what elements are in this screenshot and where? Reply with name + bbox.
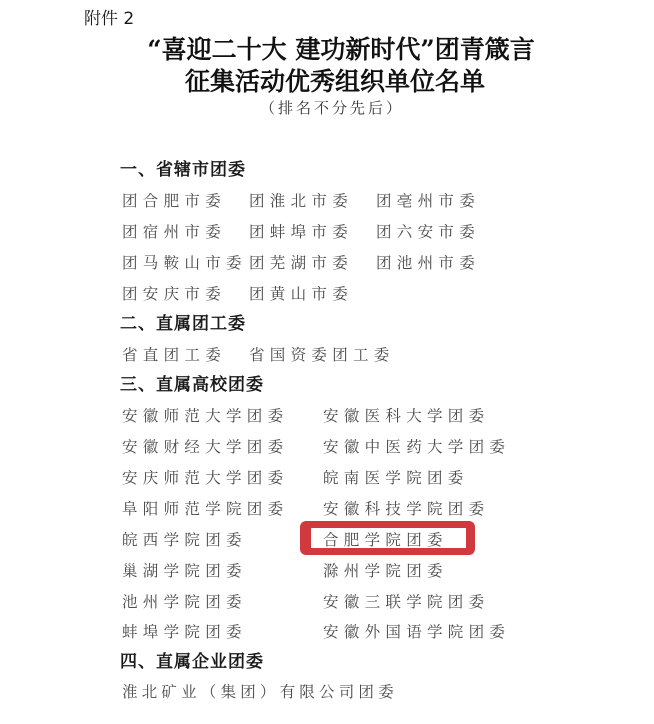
- section-heading-enterprises: 四、直属企业团委: [120, 651, 264, 673]
- document-title-line-2: 征集活动优秀组织单位名单: [8, 66, 654, 98]
- list-item: 池州学院团委: [122, 591, 247, 613]
- list-item: 巢湖学院团委: [122, 560, 247, 582]
- list-item: 团合肥市委: [122, 190, 226, 212]
- list-item: 团黄山市委: [249, 283, 353, 305]
- section-heading-direct-work-committees: 二、直属团工委: [120, 313, 246, 335]
- list-item: 淮北矿业（集团）有限公司团委: [122, 681, 398, 703]
- list-item: 安徽外国语学院团委: [323, 621, 510, 643]
- list-item: 安徽科技学院团委: [323, 498, 489, 520]
- list-item: 团芜湖市委: [249, 252, 353, 274]
- list-item: 团淮北市委: [249, 190, 353, 212]
- list-item: 团池州市委: [376, 252, 480, 274]
- list-item: 蚌埠学院团委: [122, 621, 247, 643]
- list-item: 团马鞍山市委: [122, 252, 247, 274]
- list-item: 团蚌埠市委: [249, 221, 353, 243]
- document-title-line-1: “喜迎二十大 建功新时代”团青箴言: [14, 34, 654, 66]
- list-item: 阜阳师范学院团委: [122, 498, 288, 520]
- list-item: 安徽师范大学团委: [122, 405, 288, 427]
- list-item: 安徽中医药大学团委: [323, 436, 510, 458]
- list-item: 省国资委团工委: [249, 344, 395, 366]
- attachment-label: 附件 2: [84, 8, 134, 30]
- document-subtitle: （排名不分先后）: [0, 97, 654, 119]
- list-item: 团六安市委: [376, 221, 480, 243]
- list-item: 皖南医学院团委: [323, 467, 469, 489]
- list-item: 安庆师范大学团委: [122, 467, 288, 489]
- list-item: 安徽财经大学团委: [122, 436, 288, 458]
- section-heading-universities: 三、直属高校团委: [120, 374, 264, 396]
- list-item: 安徽三联学院团委: [323, 591, 489, 613]
- list-item: 团安庆市委: [122, 283, 226, 305]
- list-item: 皖西学院团委: [122, 529, 247, 551]
- list-item: 滁州学院团委: [323, 560, 448, 582]
- list-item: 团亳州市委: [376, 190, 480, 212]
- highlight-annotation-box: [300, 521, 475, 555]
- list-item: 省直团工委: [122, 344, 226, 366]
- list-item: 团宿州市委: [122, 221, 226, 243]
- section-heading-prefectural-city: 一、省辖市团委: [120, 159, 246, 181]
- list-item: 安徽医科大学团委: [323, 405, 489, 427]
